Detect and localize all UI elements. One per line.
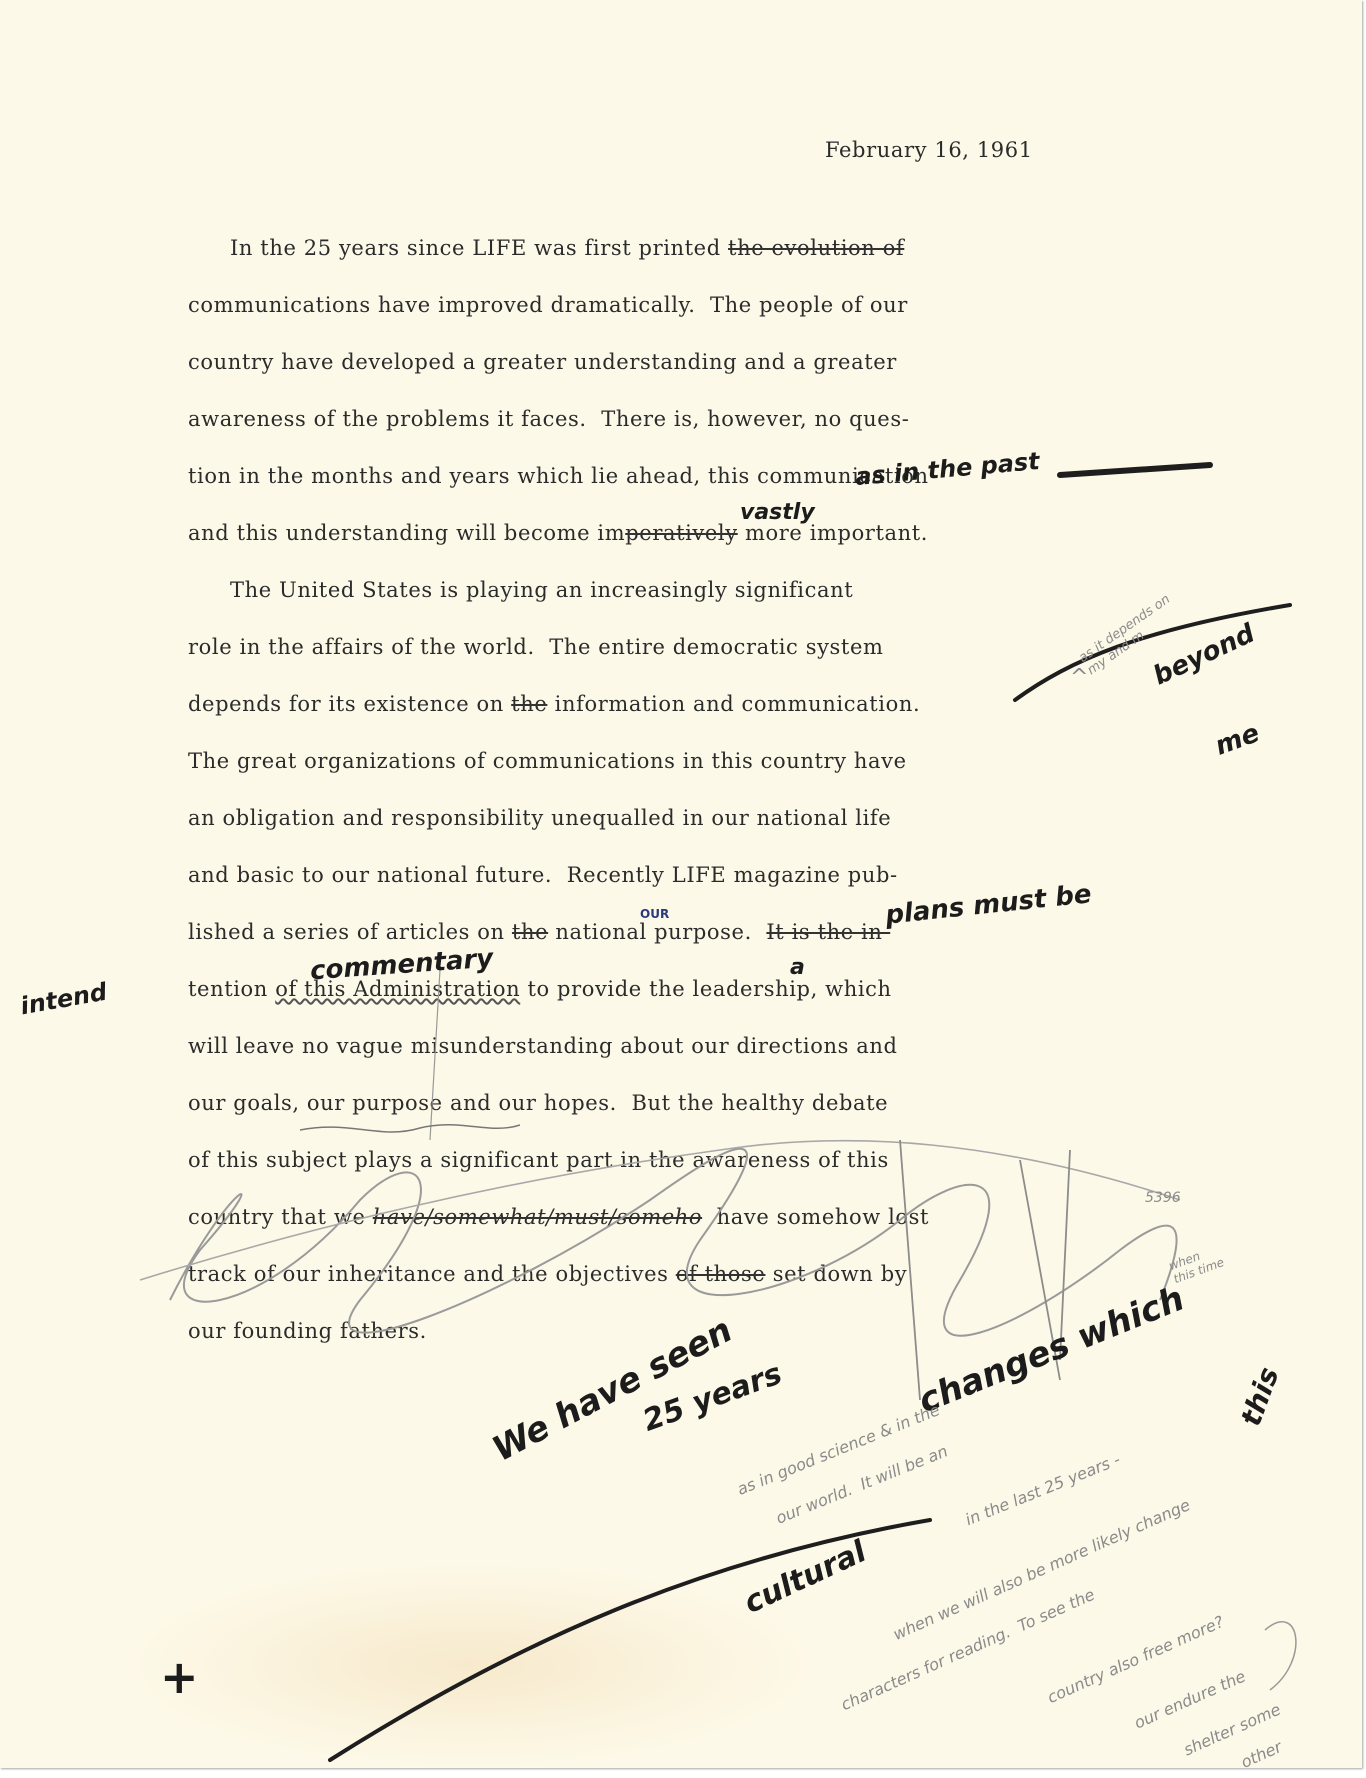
pencil-page-number: 5396 xyxy=(1145,1190,1181,1206)
scribble-overlay xyxy=(0,0,1362,1768)
cross-mark: + xyxy=(160,1650,199,1704)
ink-insert: vastly xyxy=(740,500,815,525)
ink-insert-our: OUR xyxy=(640,907,669,921)
ink-insert: a xyxy=(790,955,805,980)
document-page: February 16, 1961 In the 25 years since … xyxy=(0,0,1362,1768)
insertion-caret: ^ xyxy=(1070,665,1088,690)
